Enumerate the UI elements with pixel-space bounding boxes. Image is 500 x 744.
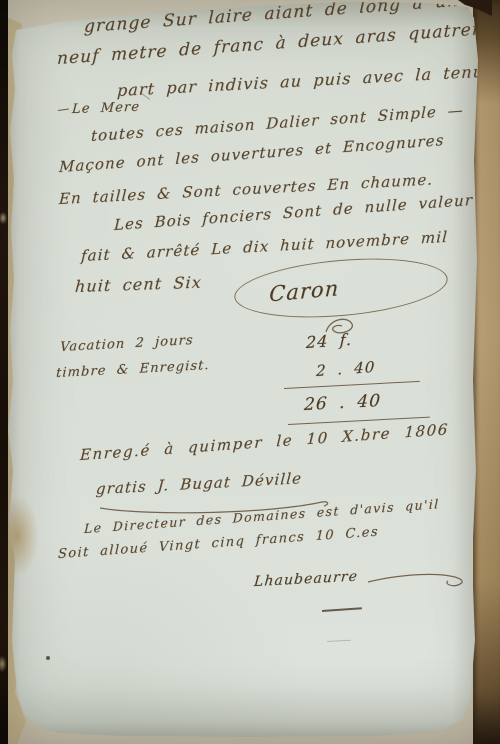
director-signature-flourish [366, 568, 470, 592]
manuscript-line: huit cent Six [74, 273, 202, 296]
registration-line: Enreg.é à quimper le 10 X.bre 1806 [80, 420, 450, 464]
manuscript-line: Le Mere [71, 100, 140, 117]
manuscript-page: grange Sur laire aiant de long à une cos… [0, 0, 500, 744]
pen-mark [322, 607, 362, 611]
signature-flourish-oval: Caron [232, 251, 450, 325]
book-page-stack-edge [473, 0, 500, 744]
pen-mark [327, 640, 351, 642]
manuscript-line: part par indivis au puis avec la tenue [117, 61, 496, 100]
ink-dot [46, 656, 50, 660]
manuscript-photo: grange Sur laire aiant de long à une cos… [0, 0, 500, 744]
fee-row-label: timbre & Enregist. [56, 358, 210, 381]
notary-signature: Caron [269, 276, 340, 306]
fee-row-amount: 2 . 40 [316, 358, 376, 380]
director-signature: Lhaubeaurre [253, 569, 358, 591]
fee-sum-rule [284, 381, 420, 390]
fee-row-label: Vacation 2 jours [60, 333, 194, 355]
book-binding-edge [0, 0, 8, 744]
fee-row-amount: 24 f. [306, 330, 353, 352]
pen-mark [58, 108, 69, 111]
fee-total: 26 . 40 [303, 391, 381, 415]
registrar-signature: gratis J. Bugat Déville [95, 469, 302, 498]
